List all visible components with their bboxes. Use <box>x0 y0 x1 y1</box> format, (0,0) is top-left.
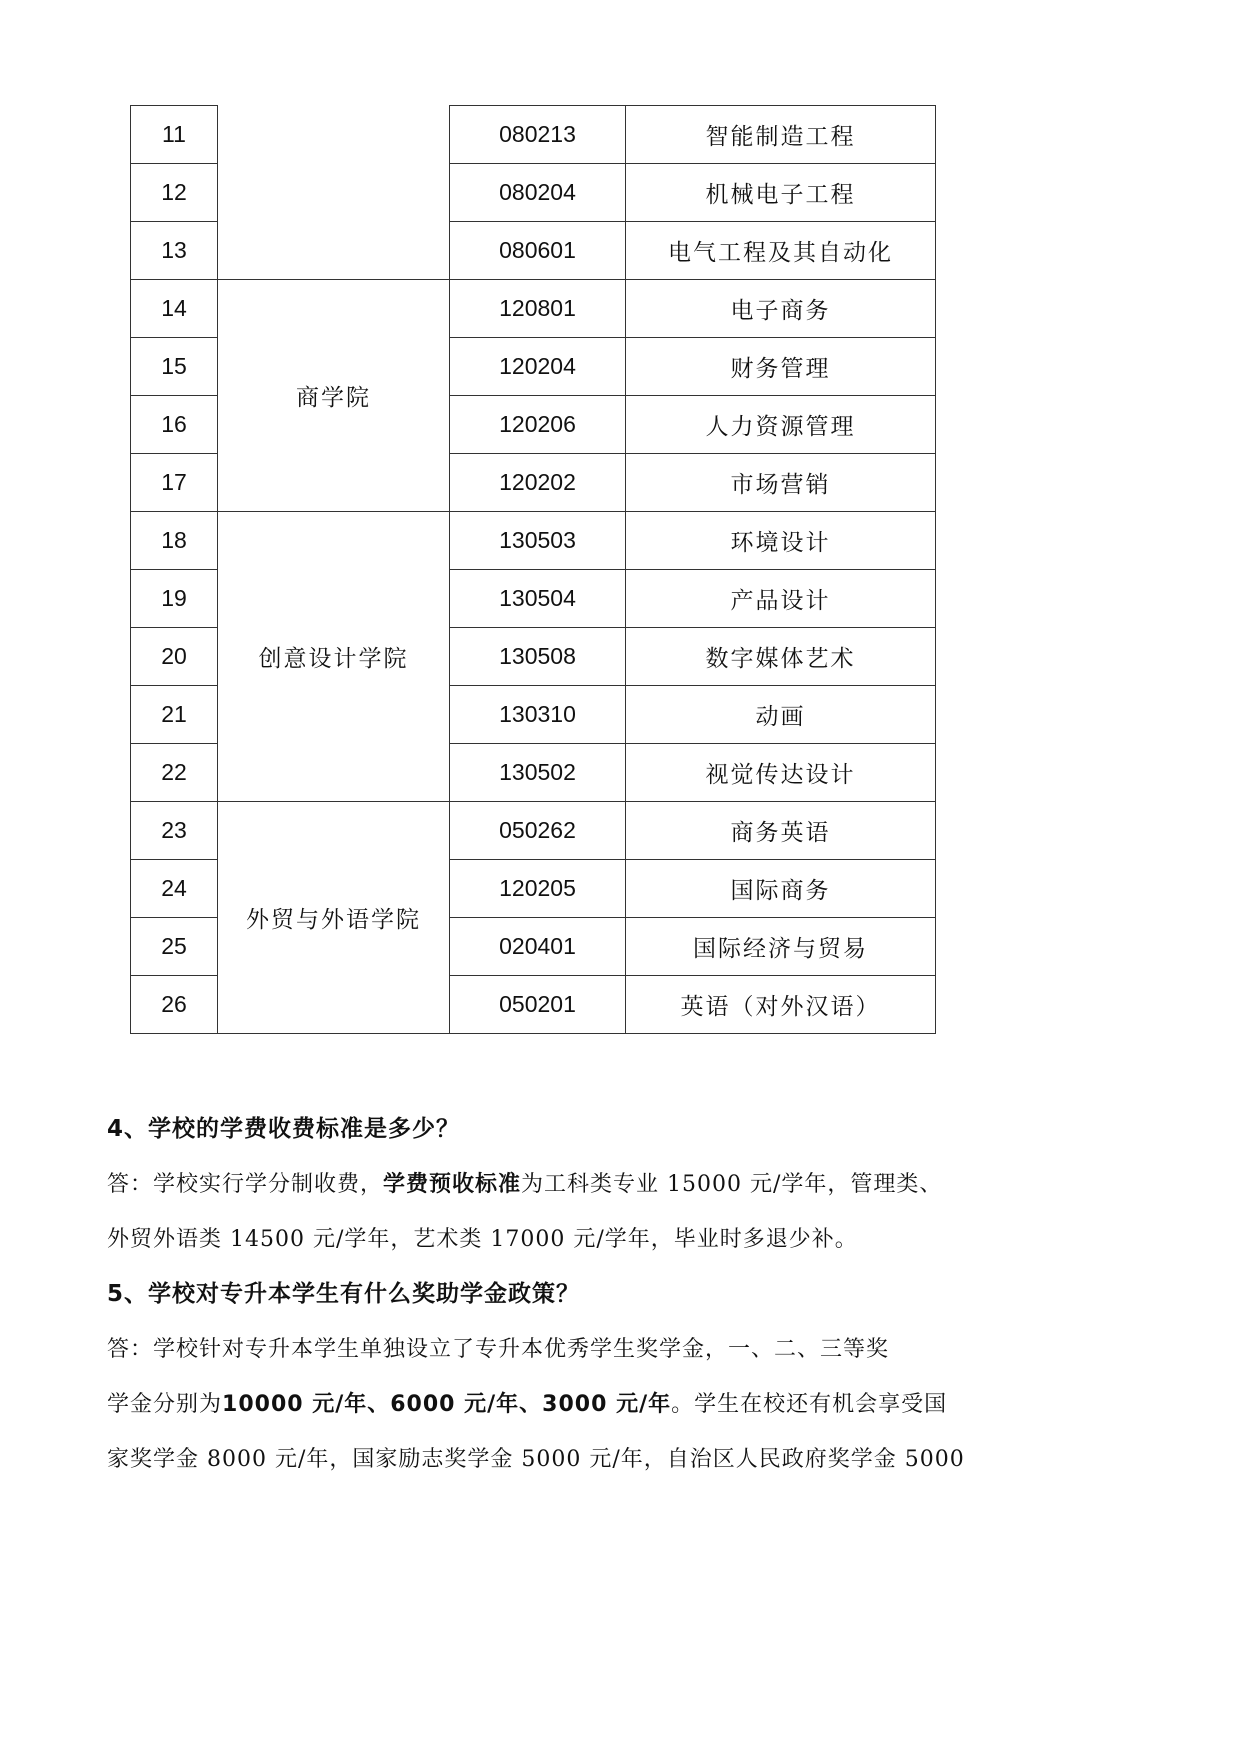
answer-text: 答：学校针对专升本学生单独设立了专升本优秀学生奖学金，一、二、三等奖 <box>107 1337 889 1362</box>
major-name: 产品设计 <box>626 570 936 628</box>
table-row: 11 080213 智能制造工程 <box>131 106 936 164</box>
major-name: 财务管理 <box>626 338 936 396</box>
answer-text: 外贸外语类 14500 元/学年，艺术类 17000 元/学年，毕业时多退少补。 <box>107 1227 858 1252</box>
row-number: 23 <box>131 802 218 860</box>
row-number: 19 <box>131 570 218 628</box>
college-cell <box>218 106 450 280</box>
faq-question-4: 4、学校的学费收费标准是多少？ 答：学校实行学分制收费，学费预收标准为工科类专业… <box>107 1102 1007 1267</box>
table-row: 18 创意设计学院 130503 环境设计 <box>131 512 936 570</box>
row-number: 17 <box>131 454 218 512</box>
major-code: 130503 <box>450 512 626 570</box>
answer-text: 答：学校实行学分制收费， <box>107 1172 383 1197</box>
major-code: 080601 <box>450 222 626 280</box>
answer-paragraph: 答：学校实行学分制收费，学费预收标准为工科类专业 15000 元/学年，管理类、… <box>107 1157 1007 1267</box>
college-cell: 创意设计学院 <box>218 512 450 802</box>
major-code: 120202 <box>450 454 626 512</box>
major-name: 电气工程及其自动化 <box>626 222 936 280</box>
major-name: 国际经济与贸易 <box>626 918 936 976</box>
answer-paragraph: 答：学校针对专升本学生单独设立了专升本优秀学生奖学金，一、二、三等奖 学金分别为… <box>107 1322 1007 1487</box>
row-number: 25 <box>131 918 218 976</box>
major-code: 080204 <box>450 164 626 222</box>
row-number: 16 <box>131 396 218 454</box>
major-code: 130508 <box>450 628 626 686</box>
row-number: 15 <box>131 338 218 396</box>
major-name: 商务英语 <box>626 802 936 860</box>
majors-table: 11 080213 智能制造工程 12 080204 机械电子工程 13 080… <box>130 105 936 1034</box>
major-code: 130504 <box>450 570 626 628</box>
major-name: 环境设计 <box>626 512 936 570</box>
major-code: 080213 <box>450 106 626 164</box>
row-number: 14 <box>131 280 218 338</box>
major-code: 120205 <box>450 860 626 918</box>
answer-emphasis: 学费预收标准 <box>383 1172 521 1197</box>
major-code: 050201 <box>450 976 626 1034</box>
major-name: 英语（对外汉语） <box>626 976 936 1034</box>
answer-text: 学金分别为 <box>107 1392 222 1417</box>
major-code: 130310 <box>450 686 626 744</box>
row-number: 12 <box>131 164 218 222</box>
question-heading: 5、学校对专升本学生有什么奖助学金政策？ <box>107 1267 1007 1322</box>
question-heading: 4、学校的学费收费标准是多少？ <box>107 1102 1007 1157</box>
row-number: 21 <box>131 686 218 744</box>
row-number: 13 <box>131 222 218 280</box>
major-name: 视觉传达设计 <box>626 744 936 802</box>
major-name: 机械电子工程 <box>626 164 936 222</box>
major-code: 120206 <box>450 396 626 454</box>
major-code: 020401 <box>450 918 626 976</box>
answer-emphasis: 10000 元/年、6000 元/年、3000 元/年 <box>222 1392 671 1417</box>
row-number: 20 <box>131 628 218 686</box>
major-name: 市场营销 <box>626 454 936 512</box>
table-row: 14 商学院 120801 电子商务 <box>131 280 936 338</box>
major-name: 数字媒体艺术 <box>626 628 936 686</box>
major-name: 电子商务 <box>626 280 936 338</box>
document-page: 11 080213 智能制造工程 12 080204 机械电子工程 13 080… <box>0 0 1240 1753</box>
row-number: 24 <box>131 860 218 918</box>
college-cell: 外贸与外语学院 <box>218 802 450 1034</box>
major-code: 050262 <box>450 802 626 860</box>
answer-text: 为工科类专业 15000 元/学年，管理类、 <box>521 1172 942 1197</box>
college-cell: 商学院 <box>218 280 450 512</box>
row-number: 18 <box>131 512 218 570</box>
table-row: 23 外贸与外语学院 050262 商务英语 <box>131 802 936 860</box>
answer-text: 。学生在校还有机会享受国 <box>671 1392 947 1417</box>
major-name: 智能制造工程 <box>626 106 936 164</box>
answer-text: 家奖学金 8000 元/年，国家励志奖学金 5000 元/年，自治区人民政府奖学… <box>107 1447 965 1472</box>
major-code: 130502 <box>450 744 626 802</box>
major-code: 120204 <box>450 338 626 396</box>
major-name: 动画 <box>626 686 936 744</box>
row-number: 22 <box>131 744 218 802</box>
row-number: 11 <box>131 106 218 164</box>
row-number: 26 <box>131 976 218 1034</box>
major-name: 人力资源管理 <box>626 396 936 454</box>
major-code: 120801 <box>450 280 626 338</box>
major-name: 国际商务 <box>626 860 936 918</box>
faq-question-5: 5、学校对专升本学生有什么奖助学金政策？ 答：学校针对专升本学生单独设立了专升本… <box>107 1267 1007 1487</box>
